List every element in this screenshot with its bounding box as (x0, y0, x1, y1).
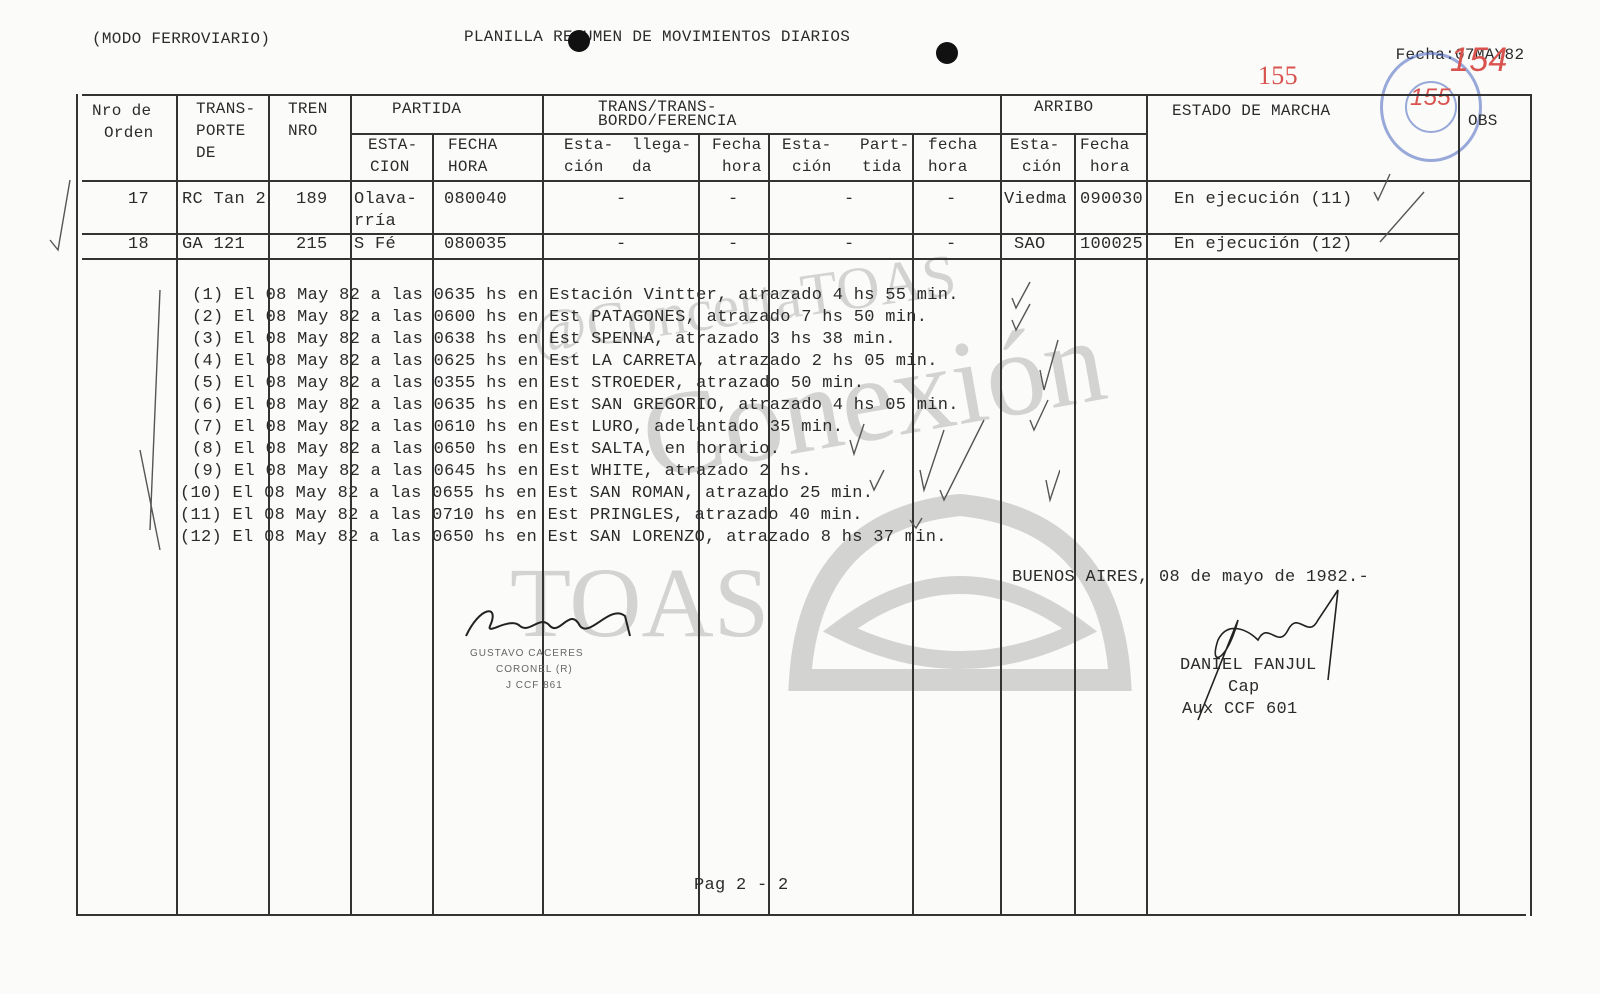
note-11: (11) El 08 May 82 a las 0710 hs en Est P… (180, 506, 863, 526)
row-17-transporte: RC Tan 2 (182, 190, 266, 210)
row-18-t3: - (844, 235, 855, 255)
note-7: (7) El 08 May 82 a las 0610 hs en Est LU… (192, 418, 843, 438)
row-17-t2: - (728, 190, 739, 210)
stamp-center-number: 155 (1410, 88, 1451, 108)
col-header-trans-fecha-2: hora (722, 156, 762, 178)
col-header-partida-fecha-2: HORA (448, 156, 488, 178)
note-10: (10) El 08 May 82 a las 0655 hs en Est S… (180, 484, 873, 504)
col-divider (1458, 94, 1460, 916)
row-18-t2: - (728, 235, 739, 255)
col-header-arribo-estacion-1: Esta- (1010, 134, 1060, 156)
col-header-partida: PARTIDA (392, 98, 461, 120)
col-header-estado: ESTADO DE MARCHA (1172, 100, 1330, 122)
table-top-border (82, 94, 1532, 96)
col-divider (542, 94, 544, 916)
note-5: (5) El 08 May 82 a las 0355 hs en Est ST… (192, 374, 864, 394)
col-header-trans-fecha-1: Fecha (712, 134, 762, 156)
stamp-unit: J CCF 861 (506, 680, 563, 691)
col-header-arribo-fecha-2: hora (1090, 156, 1130, 178)
checkmark-icon (830, 380, 1010, 540)
col-header-arribo: ARRIBO (1034, 96, 1093, 118)
row-18-partida-fecha: 080035 (444, 235, 507, 255)
page-number: Pag 2 - 2 (694, 876, 789, 896)
table-header-bottom (82, 180, 1532, 182)
col-header-trans-estacion-2: ción (564, 156, 604, 178)
col-header-obs: OBS (1468, 110, 1498, 132)
row-17-partida-estacion-1: Olava- (354, 190, 417, 210)
col-header-transporte-3: DE (196, 142, 216, 164)
note-4: (4) El 08 May 82 a las 0625 hs en Est LA… (192, 352, 938, 372)
col-header-partida-estacion-1: ESTA- (368, 134, 418, 156)
row-17-estado: En ejecución (11) (1174, 190, 1353, 210)
row-18-partida-estacion: S Fé (354, 235, 396, 255)
row-18-estado: En ejecución (12) (1174, 235, 1353, 255)
row-18-arribo-fecha: 100025 (1080, 235, 1143, 255)
col-header-trans-fecha2-1: fecha (928, 134, 978, 156)
row-18-arribo-estacion: SAO (1014, 235, 1046, 255)
col-header-tren-1: TREN (288, 98, 328, 120)
note-9: (9) El 08 May 82 a las 0645 hs en Est WH… (192, 462, 812, 482)
col-header-partida-estacion-2: CION (370, 156, 410, 178)
col-header-trans-fecha2-2: hora (928, 156, 968, 178)
signer-rank: Cap (1228, 678, 1260, 698)
signature-caceres-icon (460, 596, 640, 656)
note-2: (2) El 08 May 82 a las 0600 hs en Est PA… (192, 308, 927, 328)
table-row-border (82, 258, 1460, 260)
col-header-trans-estacion-1: Esta- (564, 134, 614, 156)
col-divider (1530, 94, 1532, 916)
col-header-trans-partida-2: tida (862, 156, 902, 178)
col-header-arribo-fecha-1: Fecha (1080, 134, 1130, 156)
col-header-nro-orden-2: Orden (104, 122, 154, 144)
signer-unit: Aux CCF 601 (1182, 700, 1298, 720)
note-1: (1) El 08 May 82 a las 0635 hs en Estaci… (192, 286, 959, 306)
col-header-partida-fecha-1: FECHA (448, 134, 498, 156)
col-divider (350, 94, 352, 916)
col-header-transporte-1: TRANS- (196, 98, 255, 120)
col-header-trans-partida-1: Part- (860, 134, 910, 156)
col-divider (1146, 94, 1148, 916)
row-18-t4: - (946, 235, 957, 255)
col-header-trans-llegada-1: llega- (632, 134, 691, 156)
note-3: (3) El 08 May 82 a las 0638 hs en Est SP… (192, 330, 896, 350)
note-8: (8) El 08 May 82 a las 0650 hs en Est SA… (192, 440, 780, 460)
stamp-name: GUSTAVO CACERES (470, 648, 584, 659)
col-header-nro-orden-1: Nro de (92, 100, 151, 122)
col-divider (1074, 133, 1076, 916)
row-18-tren: 215 (296, 235, 328, 255)
col-header-trans-2: BORDO/FERENCIA (598, 114, 737, 128)
col-header-transporte-2: PORTE (196, 120, 246, 142)
col-header-trans-llegada-2: da (632, 156, 652, 178)
row-17-arribo-fecha: 090030 (1080, 190, 1143, 210)
row-17-partida-fecha: 080040 (444, 190, 507, 210)
row-17-partida-estacion-2: rría (354, 212, 396, 232)
col-header-arribo-estacion-2: ción (1022, 156, 1062, 178)
row-18-transporte: GA 121 (182, 235, 245, 255)
table-bottom-border (76, 914, 1526, 916)
punch-hole-icon (568, 30, 590, 52)
checkmark-icon (1370, 170, 1430, 250)
col-header-tren-2: NRO (288, 120, 318, 142)
row-17-tren: 189 (296, 190, 328, 210)
punch-hole-icon (936, 42, 958, 64)
margin-checkmark-icon (40, 150, 180, 550)
page-title: PLANILLA RESUMEN DE MOVIMIENTOS DIARIOS (464, 26, 850, 48)
col-header-trans-estacion2-1: Esta- (782, 134, 832, 156)
row-18-t1: - (616, 235, 627, 255)
row-17-t4: - (946, 190, 957, 210)
signer-name: DANIEL FANJUL (1180, 656, 1317, 676)
row-17-t1: - (616, 190, 627, 210)
col-header-trans-estacion2-2: ción (792, 156, 832, 178)
handwritten-number: 154 (1450, 50, 1508, 70)
stamp-number-red: 155 (1258, 66, 1298, 86)
document-page: @ConcertaTOAS Conexión TOAS (MODO FERROV… (0, 0, 1600, 994)
mode-label: (MODO FERROVIARIO) (92, 28, 270, 50)
col-divider (268, 94, 270, 916)
stamp-rank: CORONEL (R) (496, 664, 573, 675)
row-17-arribo-estacion: Viedma (1004, 190, 1067, 210)
row-17-t3: - (844, 190, 855, 210)
